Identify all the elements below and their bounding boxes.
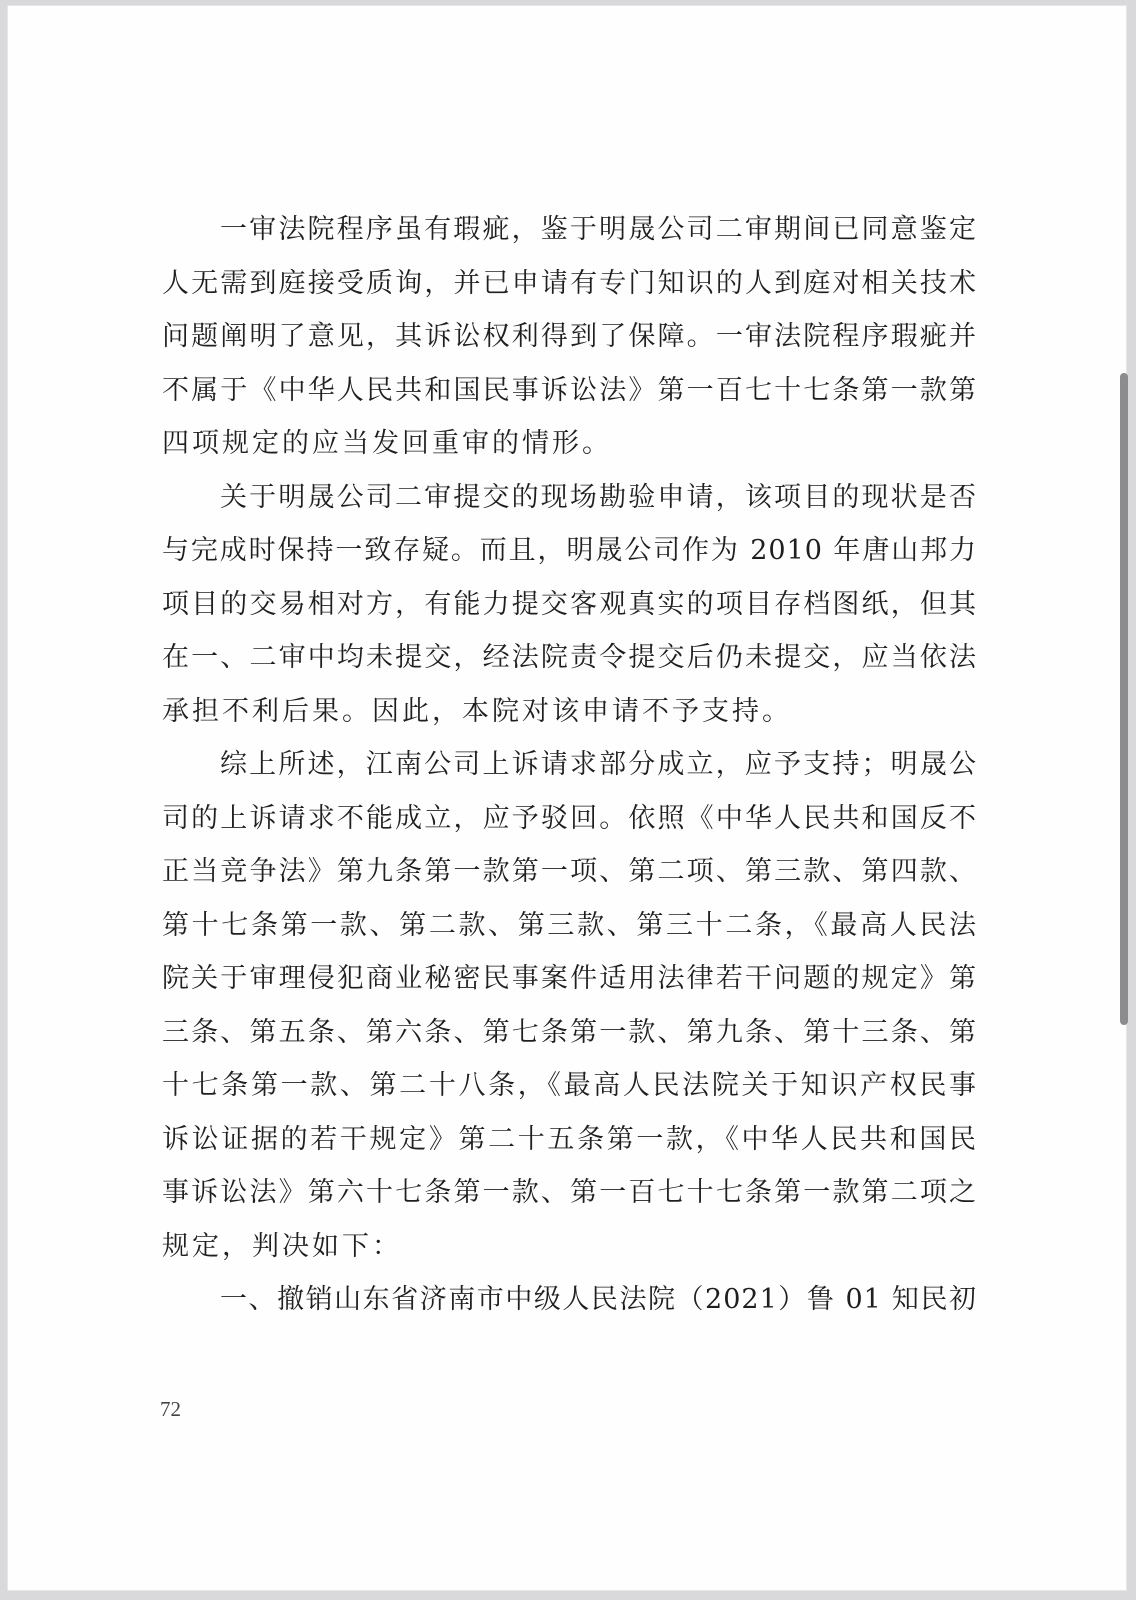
- vertical-scrollbar[interactable]: [1120, 0, 1136, 1600]
- page-number: 72: [160, 1397, 181, 1422]
- text-line: 诉讼证据的若干规定》第二十五条第一款，《中华人民共和国民: [162, 1120, 977, 1174]
- text-line: 问题阐明了意见，其诉讼权利得到了保障。一审法院程序瑕疵并: [162, 317, 977, 371]
- text-line: 规定，判决如下：: [162, 1227, 977, 1281]
- text-line: 不属于《中华人民共和国民事诉讼法》第一百七十七条第一款第: [162, 371, 977, 425]
- text-line: 司的上诉请求不能成立，应予驳回。依照《中华人民共和国反不: [162, 799, 977, 853]
- text-line: 十七条第一款、第二十八条，《最高人民法院关于知识产权民事: [162, 1066, 977, 1120]
- scrollbar-thumb[interactable]: [1120, 373, 1128, 1025]
- text-line: 人无需到庭接受质询，并已申请有专门知识的人到庭对相关技术: [162, 264, 977, 318]
- text-line: 项目的交易相对方，有能力提交客观真实的项目存档图纸，但其: [162, 585, 977, 639]
- text-line: 三条、第五条、第六条、第七条第一款、第九条、第十三条、第: [162, 1013, 977, 1067]
- document-page: 一审法院程序虽有瑕疵，鉴于明晟公司二审期间已同意鉴定 人无需到庭接受质询，并已申…: [7, 5, 1127, 1591]
- text-line: 综上所述，江南公司上诉请求部分成立，应予支持；明晟公: [162, 745, 977, 799]
- text-line: 事诉讼法》第六十七条第一款、第一百七十七条第一款第二项之: [162, 1173, 977, 1227]
- body-text: 一审法院程序虽有瑕疵，鉴于明晟公司二审期间已同意鉴定 人无需到庭接受质询，并已申…: [162, 210, 977, 1334]
- text-line: 四项规定的应当发回重审的情形。: [162, 424, 977, 478]
- text-line: 一审法院程序虽有瑕疵，鉴于明晟公司二审期间已同意鉴定: [162, 210, 977, 264]
- text-line: 正当竞争法》第九条第一款第一项、第二项、第三款、第四款、: [162, 852, 977, 906]
- document-viewer: 一审法院程序虽有瑕疵，鉴于明晟公司二审期间已同意鉴定 人无需到庭接受质询，并已申…: [0, 0, 1136, 1600]
- text-line: 与完成时保持一致存疑。而且，明晟公司作为 2010 年唐山邦力: [162, 531, 977, 585]
- text-line: 院关于审理侵犯商业秘密民事案件适用法律若干问题的规定》第: [162, 959, 977, 1013]
- text-line: 在一、二审中均未提交，经法院责令提交后仍未提交，应当依法: [162, 638, 977, 692]
- text-line: 第十七条第一款、第二款、第三款、第三十二条，《最高人民法: [162, 906, 977, 960]
- text-line: 关于明晟公司二审提交的现场勘验申请，该项目的现状是否: [162, 478, 977, 532]
- text-line: 承担不利后果。因此，本院对该申请不予支持。: [162, 692, 977, 746]
- text-line: 一、撤销山东省济南市中级人民法院（2021）鲁 01 知民初: [162, 1280, 977, 1334]
